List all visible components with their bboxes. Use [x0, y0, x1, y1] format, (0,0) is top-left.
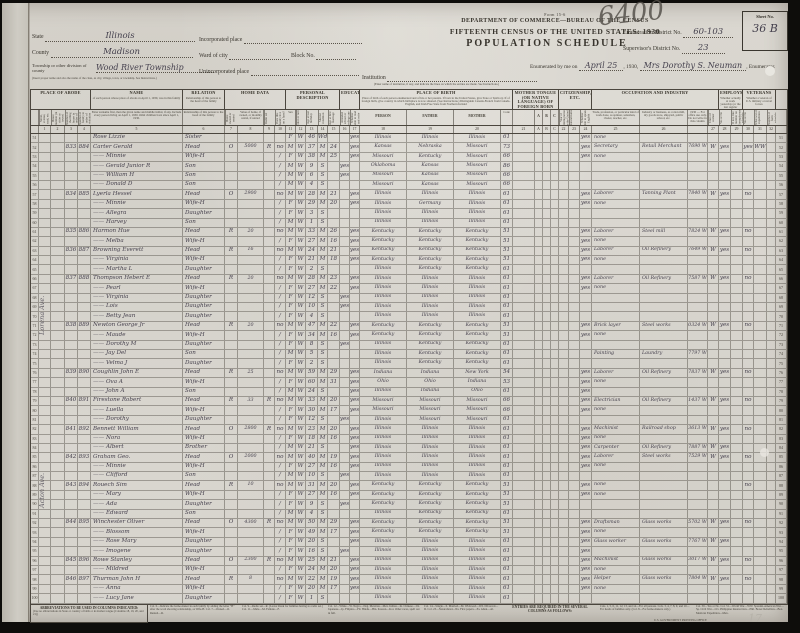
cell-fsched — [767, 153, 776, 161]
cell-ind — [640, 312, 688, 320]
cell-house — [51, 275, 65, 283]
cell-agem — [328, 209, 340, 217]
cell-mar: M — [318, 435, 328, 443]
cell-agem — [328, 547, 340, 555]
cell-a — [535, 547, 543, 555]
cell-sex: F — [286, 566, 296, 574]
cell-agem: 16 — [328, 435, 340, 443]
cell-radio: R — [264, 143, 275, 151]
cell-rel: Wife-H — [183, 463, 225, 471]
enumerator-name: Mrs Dorothy S. Neuman — [640, 61, 747, 71]
cell-agem — [328, 388, 340, 396]
cell-b — [543, 162, 551, 170]
cell-code1: 53 — [501, 378, 513, 386]
cell-code1: 51 — [501, 519, 513, 527]
cell-work — [719, 416, 731, 424]
cell-a — [535, 209, 543, 217]
block-no-field: Block No. — [291, 53, 356, 60]
cell-mar: S — [318, 162, 328, 170]
cell-lnr: 72 — [776, 331, 787, 339]
cell-tongue — [513, 416, 535, 424]
cell-mar: M — [318, 575, 328, 583]
cell-b — [543, 143, 551, 151]
column-number-sch: 16 — [340, 126, 350, 134]
cell-fam — [78, 491, 91, 499]
cell-cls — [708, 237, 719, 245]
cell-dwell: 833 — [65, 143, 78, 151]
header-sub-b: B — [543, 110, 551, 126]
cell-vet: no — [743, 247, 754, 255]
cell-war — [754, 181, 767, 189]
table-row: 71838889Newton George JrHeadR20noMW47M22… — [31, 322, 787, 331]
cell-fsched — [767, 406, 776, 414]
cell-val — [238, 350, 264, 358]
cell-radio — [264, 369, 275, 377]
cell-occ: none — [592, 200, 640, 208]
cell-sex: F — [286, 594, 296, 602]
cell-own — [225, 256, 238, 264]
cell-ln: 95 — [31, 547, 39, 555]
cell-rel: Daughter — [183, 500, 225, 508]
cell-mar: M — [318, 528, 328, 536]
cell-fam — [78, 153, 91, 161]
cell-code2 — [688, 491, 708, 499]
cell-age: 10 — [306, 472, 318, 480]
cell-mar: S — [318, 510, 328, 518]
cell-house — [51, 247, 65, 255]
cell-val — [238, 406, 264, 414]
cell-sch — [340, 209, 350, 217]
cell-imm — [559, 359, 569, 367]
table-row: 88843894Rouech SimHeadR10noMW31M20yesKen… — [31, 481, 787, 490]
cell-work: yes — [719, 519, 731, 527]
cell-rel: Head — [183, 322, 225, 330]
cell-code2 — [688, 500, 708, 508]
cell-vet — [743, 162, 754, 170]
cell-farm: / — [275, 388, 286, 396]
cell-name: —— Lucy Jane — [91, 594, 183, 602]
cell-code2: 7529 W — [688, 453, 708, 461]
cell-uline — [731, 528, 743, 536]
cell-own: R — [225, 322, 238, 330]
cell-code1: 51 — [501, 237, 513, 245]
cell-code2: 7649 W — [688, 247, 708, 255]
cell-lnr: 95 — [776, 547, 787, 555]
cell-fsched — [767, 237, 776, 245]
cell-farm: / — [275, 181, 286, 189]
cell-uline — [731, 435, 743, 443]
cell-fsched — [767, 481, 776, 489]
cell-fam: 890 — [78, 369, 91, 377]
cell-uline — [731, 444, 743, 452]
cell-war — [754, 341, 767, 349]
cell-eng: yes — [580, 153, 592, 161]
cell-sch — [340, 181, 350, 189]
cell-nat — [569, 388, 580, 396]
cell-code2 — [688, 331, 708, 339]
cell-street — [39, 143, 51, 151]
cell-code2 — [688, 510, 708, 518]
cell-rel: Wife-H — [183, 378, 225, 386]
cell-uline — [731, 491, 743, 499]
cell-pbf: Illinois — [407, 190, 454, 198]
cell-c — [551, 219, 559, 227]
cell-c — [551, 444, 559, 452]
cell-uline — [731, 134, 743, 142]
table-row: 52833884Carter GeraldHeadO5000RnoMW37M24… — [31, 143, 787, 152]
header-sub-ln — [31, 110, 39, 126]
cell-own — [225, 528, 238, 536]
cell-agem: 16 — [328, 491, 340, 499]
cell-eng: yes — [580, 143, 592, 151]
cell-ind: Glass works — [640, 557, 688, 565]
table-row: 74—— Jay DelSon/MW5SIllinoisKentuckyKent… — [31, 350, 787, 359]
cell-sex: M — [286, 575, 296, 583]
cell-pbf: Illinois — [407, 566, 454, 574]
cell-uline — [731, 510, 743, 518]
cell-lnr: 88 — [776, 481, 787, 489]
cell-lnr: 65 — [776, 265, 787, 273]
cell-occ — [592, 162, 640, 170]
cell-uline — [731, 312, 743, 320]
cell-work — [719, 388, 731, 396]
cell-b — [543, 538, 551, 546]
header-sub-vet: Yes or No — [743, 110, 754, 126]
cell-work: yes — [719, 247, 731, 255]
cell-age: 10 — [306, 303, 318, 311]
cell-code1: 61 — [501, 200, 513, 208]
footer-legend-block: ABBREVIATIONS TO BE USED IN COLUMNS INDI… — [30, 604, 148, 623]
cell-val — [238, 284, 264, 292]
cell-a — [535, 463, 543, 471]
cell-tongue — [513, 331, 535, 339]
incorporated-place-field: Incorporated place — [199, 37, 362, 44]
cell-a — [535, 265, 543, 273]
cell-mar: M — [318, 322, 328, 330]
cell-rel: Head — [183, 369, 225, 377]
cell-nat — [569, 359, 580, 367]
cell-nat — [569, 219, 580, 227]
cell-agem: 29 — [328, 519, 340, 527]
cell-sch — [340, 519, 350, 527]
cell-own — [225, 312, 238, 320]
cell-sex: M — [286, 219, 296, 227]
column-number-ind: 26 — [640, 126, 688, 134]
table-row: 65—— Martha LDaughter/FW2SIllinoisKentuc… — [31, 265, 787, 274]
cell-fsched — [767, 143, 776, 151]
cell-agem — [328, 162, 340, 170]
cell-war — [754, 566, 767, 574]
header-group-occupation-and-industry: OCCUPATION AND INDUSTRY — [592, 90, 719, 110]
cell-street — [39, 416, 51, 424]
cell-fsched — [767, 388, 776, 396]
cell-code1: 61 — [501, 209, 513, 217]
hole-punch — [765, 66, 775, 76]
header-sub-pbp: PERSON — [360, 110, 407, 126]
cell-ind — [640, 510, 688, 518]
cell-pbf: Illinois — [407, 209, 454, 217]
supervisors-district-value: 23 — [682, 43, 725, 54]
cell-rel: Wife-H — [183, 528, 225, 536]
cell-sch — [340, 425, 350, 433]
cell-street — [39, 200, 51, 208]
cell-dwell — [65, 547, 78, 555]
cell-street — [39, 209, 51, 217]
cell-tongue — [513, 265, 535, 273]
cell-uline — [731, 265, 743, 273]
cell-fam — [78, 538, 91, 546]
cell-street — [39, 181, 51, 189]
cell-ind — [640, 528, 688, 536]
cell-code2: 0324 W — [688, 322, 708, 330]
cell-name: Graham Geo. — [91, 453, 183, 461]
cell-tongue — [513, 463, 535, 471]
table-row: 76839890Coughlin John EHeadR25noMW59M29y… — [31, 369, 787, 378]
cell-dwell — [65, 472, 78, 480]
cell-race: W — [296, 237, 306, 245]
cell-lnr: 59 — [776, 209, 787, 217]
table-row: 93—— BlossomWife-H/FW49M17yesKentuckyKen… — [31, 528, 787, 537]
cell-imm — [559, 416, 569, 424]
cell-name: —— Mary — [91, 491, 183, 499]
cell-b — [543, 472, 551, 480]
cell-imm — [559, 538, 569, 546]
cell-radio — [264, 275, 275, 283]
cell-eng — [580, 294, 592, 302]
column-number-work: 28 — [719, 126, 731, 134]
cell-a — [535, 491, 543, 499]
cell-vet — [743, 265, 754, 273]
cell-ln: 63 — [31, 247, 39, 255]
cell-age: 22 — [306, 575, 318, 583]
cell-pbp: Illinois — [360, 435, 407, 443]
cell-ln: 53 — [31, 153, 39, 161]
cell-imm — [559, 547, 569, 555]
cell-imm — [559, 472, 569, 480]
cell-own — [225, 341, 238, 349]
cell-occ: Laborer — [592, 247, 640, 255]
cell-age: 1 — [306, 219, 318, 227]
cell-ind — [640, 219, 688, 227]
cell-occ: none — [592, 153, 640, 161]
table-row: 64—— VirginiaWife-H/FW21M18yesKentuckyKe… — [31, 256, 787, 265]
cell-war — [754, 463, 767, 471]
cell-work — [719, 463, 731, 471]
cell-c — [551, 575, 559, 583]
cell-house — [51, 134, 65, 142]
table-row: 90—— AdaDaughter/FW9SyesKentuckyKentucky… — [31, 500, 787, 509]
cell-sex: F — [286, 435, 296, 443]
cell-code2: 7804 W — [688, 575, 708, 583]
cell-age: 27 — [306, 491, 318, 499]
table-row: 54—— Gerald Junior RSon/MW9SyesOklahomaK… — [31, 162, 787, 171]
cell-code2: 7840 W — [688, 190, 708, 198]
county-label: County — [32, 50, 49, 56]
institution-value — [387, 75, 537, 82]
cell-street — [39, 237, 51, 245]
cell-a — [535, 510, 543, 518]
cell-fsched — [767, 416, 776, 424]
cell-ind: Steel mill — [640, 228, 688, 236]
cell-name: —— Melba — [91, 237, 183, 245]
cell-pbf: Kentucky — [407, 519, 454, 527]
table-row: 72—— MaudeWife-H/FW34M16yesKentuckyKentu… — [31, 331, 787, 340]
cell-rel: Daughter — [183, 209, 225, 217]
cell-pbm: Illinois — [454, 472, 501, 480]
cell-sex: M — [286, 388, 296, 396]
cell-eng: yes — [580, 256, 592, 264]
cell-sex: F — [286, 134, 296, 142]
cell-own — [225, 162, 238, 170]
cell-pbm: Kentucky — [454, 500, 501, 508]
cell-val — [238, 294, 264, 302]
cell-farm: / — [275, 162, 286, 170]
cell-cls: W — [708, 557, 719, 565]
cell-val — [238, 547, 264, 555]
cell-val — [238, 209, 264, 217]
cell-eng — [580, 416, 592, 424]
cell-sch — [340, 350, 350, 358]
state-field: State Illinois — [32, 31, 195, 42]
cell-own — [225, 284, 238, 292]
cell-work — [719, 312, 731, 320]
cell-work — [719, 237, 731, 245]
cell-val — [238, 388, 264, 396]
cell-age: 30 — [306, 406, 318, 414]
cell-lnr: 84 — [776, 444, 787, 452]
cell-eng: yes — [580, 575, 592, 583]
cell-radio — [264, 406, 275, 414]
cell-pbf: Ohio — [407, 378, 454, 386]
ward-of-city-label: Ward of city — [199, 53, 228, 59]
cell-mar: M — [318, 153, 328, 161]
cell-age: 40 — [306, 453, 318, 461]
cell-fsched — [767, 538, 776, 546]
header-sub-uline: If not, line number on Unemployment sche… — [731, 110, 743, 126]
cell-fsched — [767, 200, 776, 208]
cell-lnr: 82 — [776, 425, 787, 433]
cell-street — [39, 190, 51, 198]
cell-rel: Son — [183, 388, 225, 396]
cell-cls — [708, 341, 719, 349]
cell-lnr: 75 — [776, 359, 787, 367]
cell-pbp: Illinois — [360, 472, 407, 480]
cell-rel: Wife-H — [183, 585, 225, 593]
cell-lnr: 98 — [776, 575, 787, 583]
cell-house — [51, 435, 65, 443]
cell-cls — [708, 265, 719, 273]
header-sub-cls: Class of worker — [708, 110, 719, 126]
cell-code1: 86 — [501, 162, 513, 170]
cell-vet — [743, 341, 754, 349]
ward-of-city-value — [229, 53, 289, 60]
table-row: 97—— MildredWife-H/FW24M20yesIllinoisIll… — [31, 566, 787, 575]
cell-ind — [640, 585, 688, 593]
cell-b — [543, 557, 551, 565]
cell-farm: no — [275, 425, 286, 433]
cell-rel: Head — [183, 557, 225, 565]
cell-ind — [640, 134, 688, 142]
cell-sch — [340, 322, 350, 330]
cell-farm: no — [275, 275, 286, 283]
cell-eng — [580, 303, 592, 311]
table-row: 95—— ImogeneDaughter/FW16SyesIllinoisIll… — [31, 547, 787, 556]
cell-fsched — [767, 378, 776, 386]
cell-sch — [340, 388, 350, 396]
cell-lnr: 97 — [776, 566, 787, 574]
cell-dwell — [65, 388, 78, 396]
cell-pbm: Illinois — [454, 594, 501, 602]
cell-fam — [78, 435, 91, 443]
cell-name: Thurman John H — [91, 575, 183, 583]
cell-pbf: Indiana — [407, 369, 454, 377]
cell-name: —— Betty Jean — [91, 312, 183, 320]
cell-radio — [264, 388, 275, 396]
table-row: 79840891Firestone RobertHeadR33RnoMW33M2… — [31, 397, 787, 406]
cell-pbf: Illinois — [407, 547, 454, 555]
unincorporated-place-value — [251, 69, 359, 76]
cell-c — [551, 275, 559, 283]
cell-c — [551, 200, 559, 208]
cell-eng: yes — [580, 134, 592, 142]
cell-race: W — [296, 247, 306, 255]
cell-code2: 7797 W — [688, 350, 708, 358]
cell-agem: 21 — [328, 557, 340, 565]
cell-name: —— Virginia — [91, 294, 183, 302]
cell-mar: S — [318, 547, 328, 555]
cell-val — [238, 256, 264, 264]
cell-code1: 51 — [501, 528, 513, 536]
cell-c — [551, 284, 559, 292]
cell-rel: Head — [183, 275, 225, 283]
cell-rw: yes — [350, 397, 360, 405]
header-sub-race: Color or race — [296, 110, 306, 126]
column-number-dwell: 3 — [65, 126, 78, 134]
cell-cls — [708, 209, 719, 217]
cell-b — [543, 547, 551, 555]
cell-sch — [340, 463, 350, 471]
cell-code2: 7887 W — [688, 444, 708, 452]
group-description: of each person whose place of abode on A… — [92, 97, 181, 100]
cell-val — [238, 341, 264, 349]
cell-imm — [559, 341, 569, 349]
cell-name: Thompson Hebert E — [91, 275, 183, 283]
cell-house — [51, 378, 65, 386]
cell-farm: / — [275, 406, 286, 414]
cell-age: 4 — [306, 312, 318, 320]
cell-sex: M — [286, 228, 296, 236]
cell-a — [535, 190, 543, 198]
cell-code1: 61 — [501, 425, 513, 433]
cell-rw: yes — [350, 322, 360, 330]
group-label: OCCUPATION AND INDUSTRY — [593, 91, 717, 96]
cell-nat — [569, 312, 580, 320]
cell-rw: yes — [350, 519, 360, 527]
cell-pbm: Illinois — [454, 435, 501, 443]
group-label: PERSONAL DESCRIPTION — [287, 91, 338, 100]
cell-race: W — [296, 378, 306, 386]
supervisors-district: Supervisor's District No. 23 — [623, 43, 725, 53]
cell-name: —— Imogene — [91, 547, 183, 555]
cell-house — [51, 190, 65, 198]
cell-house — [51, 425, 65, 433]
cell-uline — [731, 181, 743, 189]
cell-fam — [78, 162, 91, 170]
cell-lnr: 79 — [776, 397, 787, 405]
cell-pbp: Kentucky — [360, 228, 407, 236]
cell-dwell: 840 — [65, 397, 78, 405]
cell-own — [225, 435, 238, 443]
